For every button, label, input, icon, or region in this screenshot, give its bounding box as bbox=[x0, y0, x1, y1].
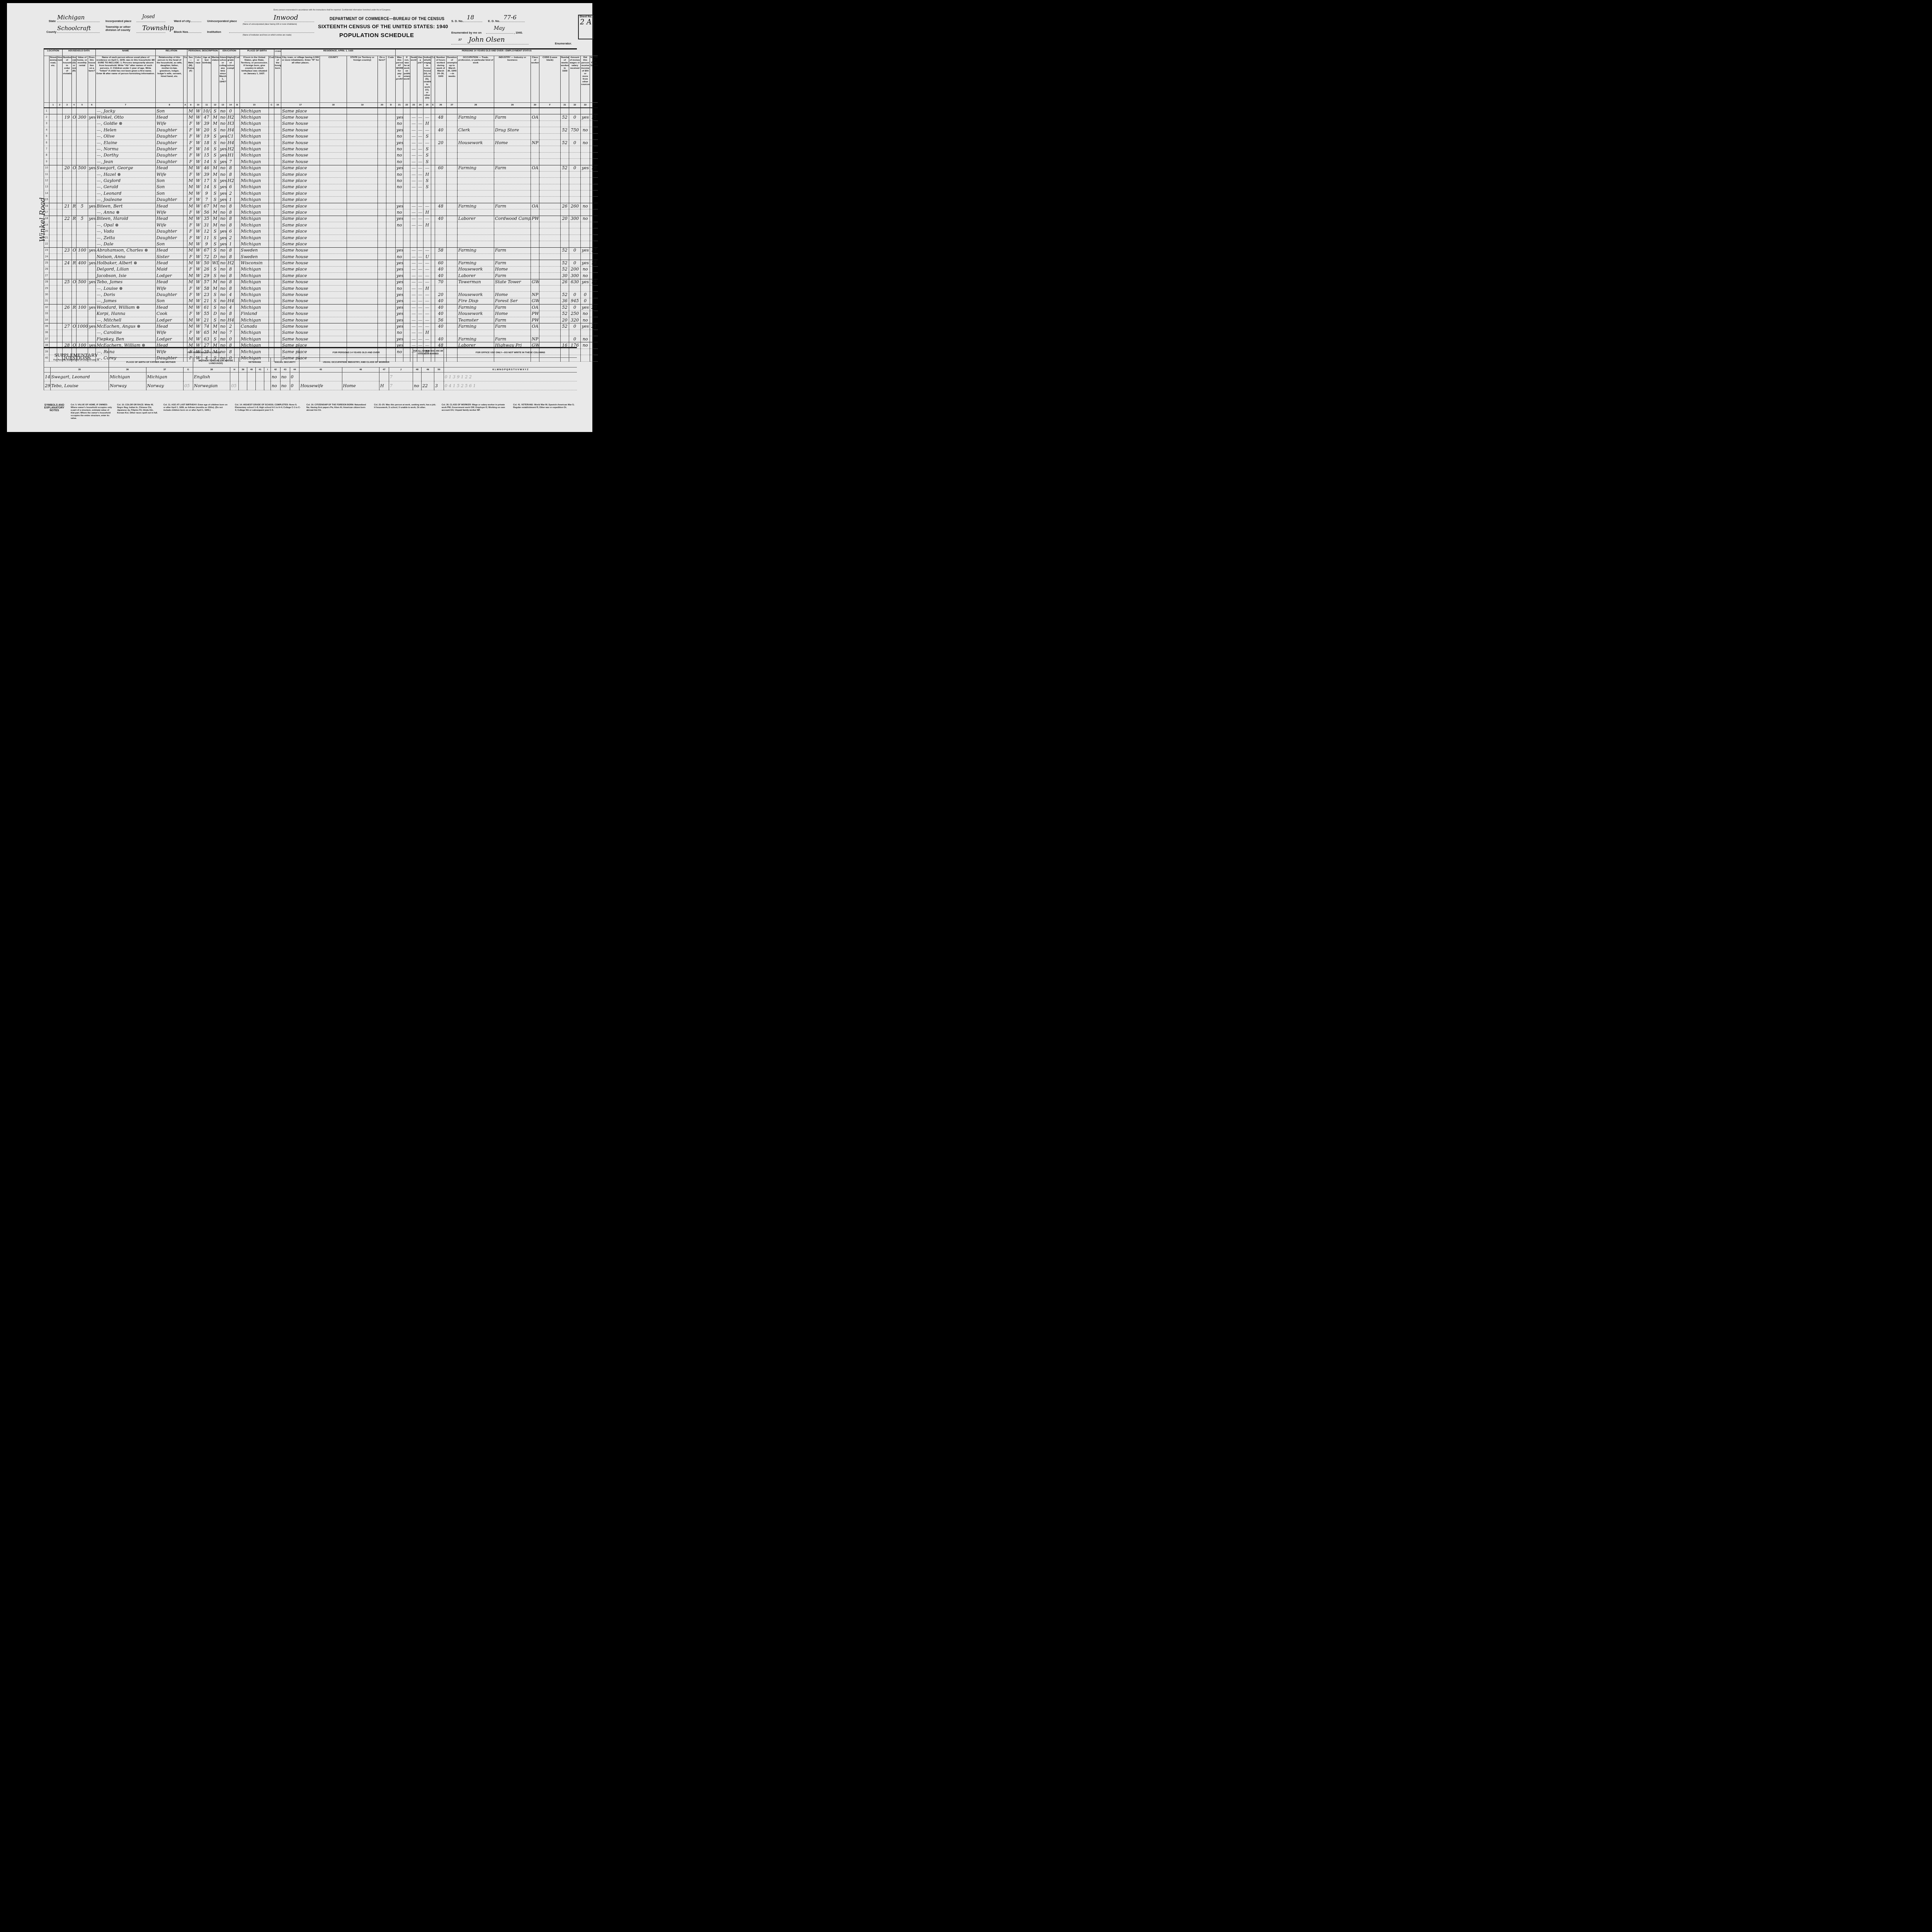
cell-blank bbox=[49, 121, 57, 127]
column-number-F: F bbox=[539, 103, 561, 108]
cell-other bbox=[423, 235, 431, 241]
cell-farm-sched bbox=[590, 121, 598, 127]
line-number: 23 bbox=[44, 247, 49, 253]
cell-birthplace: Michigan bbox=[240, 241, 269, 247]
institution-label: Institution bbox=[207, 30, 221, 34]
cell-class bbox=[531, 133, 539, 139]
name-comma: , bbox=[101, 210, 104, 215]
cell-blank bbox=[386, 114, 396, 121]
column-header-32: Amount of money wages or salary received bbox=[569, 56, 581, 103]
cell-value bbox=[77, 235, 88, 241]
cell-blank bbox=[378, 228, 386, 235]
cell-sex: F bbox=[187, 159, 194, 165]
cell-blank bbox=[386, 108, 396, 114]
cell-blank bbox=[274, 146, 281, 152]
supp-sub-birth-parents: PLACE OF BIRTH OF FATHER AND MOTHER bbox=[109, 358, 193, 367]
cell-farm bbox=[88, 330, 96, 336]
cell-blank bbox=[403, 114, 410, 121]
cell-class bbox=[531, 273, 539, 279]
cell-at-work: no bbox=[396, 159, 403, 165]
cell-res-city: Same place bbox=[281, 165, 320, 171]
line-number: 10 bbox=[44, 165, 49, 171]
surname: Winkel bbox=[97, 115, 111, 120]
cell-at-work: yes bbox=[396, 203, 403, 209]
person-name: Korpi, Hanna bbox=[96, 311, 156, 317]
cell-job: — bbox=[417, 260, 423, 266]
cell-seek: — bbox=[410, 152, 417, 158]
column-number-10: 10 bbox=[194, 103, 202, 108]
table-row: 33Korpi, HannaCookFW55Dno8FinlandSame ho… bbox=[44, 311, 605, 317]
cell-own: R bbox=[72, 260, 77, 266]
cell-blank bbox=[235, 184, 240, 190]
cell-blank bbox=[274, 304, 281, 311]
supp-cell-h bbox=[230, 372, 239, 381]
cell-other-income bbox=[581, 241, 590, 247]
cell-at-work bbox=[396, 197, 403, 203]
cell-class bbox=[531, 152, 539, 158]
cell-blank bbox=[274, 285, 281, 291]
name-comma: , bbox=[101, 318, 104, 323]
cell-res-city: Same place bbox=[281, 203, 320, 209]
supp-subtitle: For Persons Enumerated on Lines 14 and 2… bbox=[44, 359, 108, 362]
column-header-E: Code bbox=[431, 56, 435, 103]
cell-blank bbox=[378, 298, 386, 304]
cell-weeks bbox=[561, 228, 569, 235]
cell-occupation: Farming bbox=[457, 165, 494, 171]
cell-blank bbox=[447, 292, 457, 298]
cell-blank bbox=[235, 304, 240, 311]
supp-colno-37: 37 bbox=[146, 367, 183, 372]
given-name: Doris bbox=[104, 292, 115, 297]
cell-age: 46 bbox=[202, 165, 211, 171]
cell-blank bbox=[539, 260, 561, 266]
cell-race: W bbox=[194, 311, 202, 317]
cell-occupation bbox=[457, 152, 494, 158]
cell-other: — bbox=[423, 311, 431, 317]
cell-blank bbox=[235, 317, 240, 323]
cell-other-income bbox=[581, 171, 590, 177]
column-number-E: E bbox=[431, 103, 435, 108]
cell-wages: 750 bbox=[569, 127, 581, 133]
cell-seek: — bbox=[410, 323, 417, 330]
cell-occupation bbox=[457, 197, 494, 203]
cell-marital: M bbox=[211, 285, 219, 291]
name-comma: , bbox=[101, 184, 104, 189]
cell-seek: — bbox=[410, 292, 417, 298]
cell-blank bbox=[386, 146, 396, 152]
cell-wages bbox=[569, 190, 581, 197]
cell-blank bbox=[386, 317, 396, 323]
cell-age: 10/12 bbox=[202, 108, 211, 114]
supp-colno-50: 50 bbox=[434, 367, 444, 372]
cell-age: 7 bbox=[202, 197, 211, 203]
cell-blank bbox=[347, 139, 378, 146]
cell-race: W bbox=[194, 241, 202, 247]
cell-blank bbox=[431, 298, 435, 304]
cell-res-city: Same house bbox=[281, 260, 320, 266]
cell-blank bbox=[431, 273, 435, 279]
cell-other-income bbox=[581, 121, 590, 127]
cell-school: no bbox=[219, 292, 227, 298]
cell-blank bbox=[403, 247, 410, 253]
cell-blank bbox=[269, 178, 274, 184]
cell-industry bbox=[494, 121, 531, 127]
supp-sub-blank bbox=[413, 358, 444, 367]
column-header-10: Color or race bbox=[194, 56, 202, 103]
cell-blank bbox=[347, 298, 378, 304]
cell-own bbox=[72, 266, 77, 272]
cell-res-city: Same house bbox=[281, 330, 320, 336]
cell-blank bbox=[274, 247, 281, 253]
cell-blank bbox=[320, 279, 347, 285]
person-name: —, James bbox=[96, 298, 156, 304]
cell-race: W bbox=[194, 146, 202, 152]
cell-weeks bbox=[561, 159, 569, 165]
cell-blank bbox=[320, 139, 347, 146]
cell-value bbox=[77, 108, 88, 114]
column-number-23: 23 bbox=[410, 103, 417, 108]
county-label: County bbox=[46, 30, 56, 34]
cell-class: NP bbox=[531, 139, 539, 146]
cell-blank bbox=[447, 114, 457, 121]
given-name: Vada bbox=[104, 229, 114, 234]
cell-other: S bbox=[423, 152, 431, 158]
cell-blank bbox=[184, 273, 187, 279]
cell-blank bbox=[539, 216, 561, 222]
cell-job bbox=[417, 190, 423, 197]
cell-blank bbox=[447, 279, 457, 285]
cell-relation: Head bbox=[156, 114, 184, 121]
cell-sex: M bbox=[187, 317, 194, 323]
cell-blank bbox=[347, 121, 378, 127]
name-comma: , bbox=[112, 254, 114, 259]
cell-own bbox=[72, 152, 77, 158]
given-name: Ben bbox=[116, 337, 124, 342]
cell-own bbox=[72, 159, 77, 165]
surname: Biteen bbox=[97, 204, 111, 209]
cell-grade: 8 bbox=[227, 285, 235, 291]
cell-farm: yes bbox=[88, 247, 96, 253]
cell-race: W bbox=[194, 197, 202, 203]
cell-birthplace: Sweden bbox=[240, 253, 269, 260]
cell-weeks: 20 bbox=[561, 317, 569, 323]
cell-hh bbox=[63, 298, 72, 304]
cell-job: — bbox=[417, 114, 423, 121]
cell-farm-sched bbox=[590, 127, 598, 133]
cell-own: R bbox=[72, 216, 77, 222]
cell-blank bbox=[57, 190, 63, 197]
cell-relation: Daughter bbox=[156, 127, 184, 133]
note-col5: Col. 5. VALUE OF HOME, IF OWNED: Where o… bbox=[71, 404, 113, 420]
cell-blank bbox=[403, 127, 410, 133]
cell-sex: F bbox=[187, 311, 194, 317]
cell-job: — bbox=[417, 159, 423, 165]
supp-cell-code: 05 bbox=[184, 381, 193, 390]
cell-sex: F bbox=[187, 330, 194, 336]
cell-blank bbox=[431, 171, 435, 177]
cell-blank bbox=[378, 216, 386, 222]
note-col10: Col. 10. COLOR OR RACE: White W, Negro N… bbox=[117, 404, 160, 415]
column-header-24: Has a job? bbox=[417, 56, 423, 103]
cell-marital: M bbox=[211, 216, 219, 222]
cell-farm-sched bbox=[590, 108, 598, 114]
cell-farm: yes bbox=[88, 304, 96, 311]
cell-blank bbox=[447, 171, 457, 177]
cell-marital: S bbox=[211, 108, 219, 114]
cell-hours bbox=[435, 197, 447, 203]
cell-school: yes bbox=[219, 152, 227, 158]
cell-res-city: Same place bbox=[281, 241, 320, 247]
cell-occupation: Farming bbox=[457, 114, 494, 121]
cell-grade: H2 bbox=[227, 260, 235, 266]
cell-blank bbox=[184, 203, 187, 209]
enumerated-year: , 1940. bbox=[514, 31, 523, 34]
cell-blank bbox=[539, 323, 561, 330]
cell-blank bbox=[447, 197, 457, 203]
cell-hours bbox=[435, 152, 447, 158]
cell-blank bbox=[274, 108, 281, 114]
county-underline bbox=[57, 32, 100, 33]
cell-birthplace: Michigan bbox=[240, 304, 269, 311]
cell-blank bbox=[539, 317, 561, 323]
cell-blank bbox=[235, 266, 240, 272]
cell-marital: S bbox=[211, 266, 219, 272]
cell-own bbox=[72, 273, 77, 279]
name-comma: , bbox=[101, 229, 104, 234]
cell-sex: F bbox=[187, 222, 194, 228]
supp-group-over14: FOR PERSONS 14 YEARS OLD AND OVER bbox=[299, 348, 413, 358]
cell-blank bbox=[403, 133, 410, 139]
cell-blank bbox=[269, 159, 274, 165]
cell-job: — bbox=[417, 292, 423, 298]
cell-blank bbox=[274, 197, 281, 203]
cell-blank bbox=[274, 127, 281, 133]
table-row: 21—, ZettaDaughterFW11Syes2MichiganSame … bbox=[44, 235, 605, 241]
supp-cell-c49: 22 bbox=[421, 381, 434, 390]
cell-blank bbox=[347, 285, 378, 291]
cell-wages: 200 bbox=[569, 266, 581, 272]
cell-grade: 4 bbox=[227, 292, 235, 298]
cell-blank bbox=[378, 127, 386, 133]
cell-blank bbox=[184, 279, 187, 285]
cell-blank bbox=[269, 165, 274, 171]
cell-blank bbox=[57, 197, 63, 203]
cell-blank bbox=[447, 266, 457, 272]
group-header-row: LOCATION HOUSEHOLD DATA NAME RELATION PE… bbox=[44, 49, 605, 56]
cell-job: — bbox=[417, 209, 423, 216]
column-header-8: Relationship of this person to the head … bbox=[156, 56, 184, 103]
sd-label: S. D. No. bbox=[451, 19, 463, 23]
cell-res-city: Same place bbox=[281, 178, 320, 184]
cell-blank bbox=[378, 235, 386, 241]
cell-marital: M bbox=[211, 114, 219, 121]
cell-marital: S bbox=[211, 127, 219, 133]
cell-blank bbox=[347, 253, 378, 260]
group-education: EDUCATION bbox=[219, 49, 240, 56]
cell-hh bbox=[63, 273, 72, 279]
table-row: 15—, JoaleaneDaughterFW7Syes1MichiganSam… bbox=[44, 197, 605, 203]
cell-job: — bbox=[417, 178, 423, 184]
person-name: —, Gerald bbox=[96, 184, 156, 190]
column-header-31: Number of weeks worked in 1939 bbox=[561, 56, 569, 103]
cell-wages: 0 bbox=[569, 247, 581, 253]
cell-blank bbox=[269, 292, 274, 298]
cell-industry bbox=[494, 330, 531, 336]
column-header-19: STATE (or Territory or foreign country) bbox=[347, 56, 378, 103]
cell-age: 23 bbox=[202, 292, 211, 298]
cell-blank bbox=[403, 209, 410, 216]
cell-own bbox=[72, 146, 77, 152]
name-comma: , bbox=[101, 121, 104, 126]
cell-other-income bbox=[581, 197, 590, 203]
cell-value bbox=[77, 330, 88, 336]
cell-farm-sched bbox=[590, 152, 598, 158]
given-name: Gerald bbox=[104, 184, 118, 189]
group-citizenship: CITIZENSHIP bbox=[274, 49, 281, 56]
cell-blank bbox=[269, 304, 274, 311]
surname: Holbaker bbox=[97, 260, 116, 265]
cell-relation: Lodger bbox=[156, 273, 184, 279]
cell-own bbox=[72, 330, 77, 336]
person-name: —, Olive bbox=[96, 133, 156, 139]
cell-blank bbox=[539, 209, 561, 216]
surname: Swegart bbox=[97, 165, 115, 170]
cell-other-income: 0 bbox=[581, 298, 590, 304]
cell-blank bbox=[378, 209, 386, 216]
cell-class bbox=[531, 121, 539, 127]
given-name: James bbox=[104, 298, 117, 303]
cell-blank bbox=[378, 197, 386, 203]
cell-industry bbox=[494, 222, 531, 228]
cell-blank bbox=[269, 323, 274, 330]
cell-blank bbox=[539, 190, 561, 197]
cell-seek: — bbox=[410, 304, 417, 311]
note-col11: Col. 11. AGE AT LAST BIRTHDAY: Enter age… bbox=[163, 404, 229, 412]
cell-industry bbox=[494, 108, 531, 114]
state-underline bbox=[57, 22, 100, 22]
cell-hh bbox=[63, 228, 72, 235]
cell-other-income: yes bbox=[581, 165, 590, 171]
cell-blank bbox=[269, 121, 274, 127]
cell-blank bbox=[184, 298, 187, 304]
cell-blank bbox=[386, 241, 396, 247]
cell-hours: 40 bbox=[435, 304, 447, 311]
cell-race: W bbox=[194, 114, 202, 121]
cell-blank bbox=[184, 184, 187, 190]
cell-blank bbox=[49, 216, 57, 222]
given-name: Anna ⊗ bbox=[104, 210, 119, 215]
cell-class: OA bbox=[531, 323, 539, 330]
cell-age: 17 bbox=[202, 178, 211, 184]
line-number: 4 bbox=[44, 127, 49, 133]
person-name: Biteen, Bert bbox=[96, 203, 156, 209]
column-header-13: Attended school or college any time sinc… bbox=[219, 56, 227, 103]
cell-sex: M bbox=[187, 247, 194, 253]
cell-job: — bbox=[417, 279, 423, 285]
column-number-13: 13 bbox=[219, 103, 227, 108]
cell-blank bbox=[320, 253, 347, 260]
cell-farm bbox=[88, 292, 96, 298]
cell-blank bbox=[347, 203, 378, 209]
cell-blank bbox=[57, 165, 63, 171]
cell-farm-sched bbox=[590, 146, 598, 152]
cell-blank bbox=[320, 121, 347, 127]
cell-res-city: Same place bbox=[281, 216, 320, 222]
cell-occupation bbox=[457, 228, 494, 235]
cell-farm-sched bbox=[590, 349, 598, 355]
cell-blank bbox=[386, 292, 396, 298]
cell-blank bbox=[347, 304, 378, 311]
supp-cell-j: 7 bbox=[389, 372, 413, 381]
cell-blank bbox=[386, 279, 396, 285]
cell-blank bbox=[431, 222, 435, 228]
cell-value bbox=[77, 133, 88, 139]
cell-blank bbox=[49, 190, 57, 197]
cell-blank bbox=[235, 146, 240, 152]
cell-blank bbox=[347, 273, 378, 279]
cell-blank bbox=[447, 247, 457, 253]
cell-other-income: yes bbox=[581, 247, 590, 253]
cell-blank bbox=[57, 304, 63, 311]
cell-job bbox=[417, 228, 423, 235]
cell-race: W bbox=[194, 222, 202, 228]
cell-seek: — bbox=[410, 273, 417, 279]
cell-seek: — bbox=[410, 121, 417, 127]
cell-farm: yes bbox=[88, 114, 96, 121]
cell-hh bbox=[63, 285, 72, 291]
cell-occupation: Laborer bbox=[457, 273, 494, 279]
supp-sub-office-blank bbox=[444, 358, 577, 367]
cell-own bbox=[72, 171, 77, 177]
cell-value bbox=[77, 241, 88, 247]
cell-blank bbox=[539, 127, 561, 133]
column-number-9: 9 bbox=[187, 103, 194, 108]
cell-blank bbox=[235, 209, 240, 216]
cell-hh bbox=[63, 253, 72, 260]
supp-sub-veterans: VETERANS bbox=[239, 358, 271, 367]
column-header-F: CODE (Leave blank) bbox=[539, 56, 561, 103]
cell-race: W bbox=[194, 165, 202, 171]
cell-blank bbox=[269, 298, 274, 304]
group-household: HOUSEHOLD DATA bbox=[63, 49, 96, 56]
cell-age: 74 bbox=[202, 323, 211, 330]
cell-blank bbox=[269, 311, 274, 317]
cell-job: — bbox=[417, 152, 423, 158]
cell-blank bbox=[57, 184, 63, 190]
cell-farm bbox=[88, 222, 96, 228]
cell-grade: 8 bbox=[227, 253, 235, 260]
ed-value: 77-6 bbox=[503, 14, 517, 21]
cell-class: OA bbox=[531, 165, 539, 171]
cell-age: 26 bbox=[202, 266, 211, 272]
supp-cell-industry: Home bbox=[342, 381, 379, 390]
cell-blank bbox=[235, 159, 240, 165]
surname: Tebo bbox=[97, 279, 107, 284]
cell-blank bbox=[539, 197, 561, 203]
surname: — bbox=[97, 318, 101, 323]
cell-blank bbox=[403, 311, 410, 317]
surname: — bbox=[97, 191, 101, 196]
table-row: 2323O100yesAbrahamson, Charles ⊗HeadMW67… bbox=[44, 247, 605, 253]
cell-blank bbox=[378, 165, 386, 171]
table-row: 26Delgord, LilianMaidFW26Sno8MichiganSam… bbox=[44, 266, 605, 272]
column-header-34: Number of Farm Schedule bbox=[590, 56, 598, 103]
cell-marital: D bbox=[211, 311, 219, 317]
cell-weeks: 52 bbox=[561, 114, 569, 121]
cell-blank bbox=[320, 228, 347, 235]
supp-title-cell: SUPPLEMENTARY QUESTIONS For Persons Enum… bbox=[44, 348, 109, 367]
cell-relation: Daughter bbox=[156, 146, 184, 152]
